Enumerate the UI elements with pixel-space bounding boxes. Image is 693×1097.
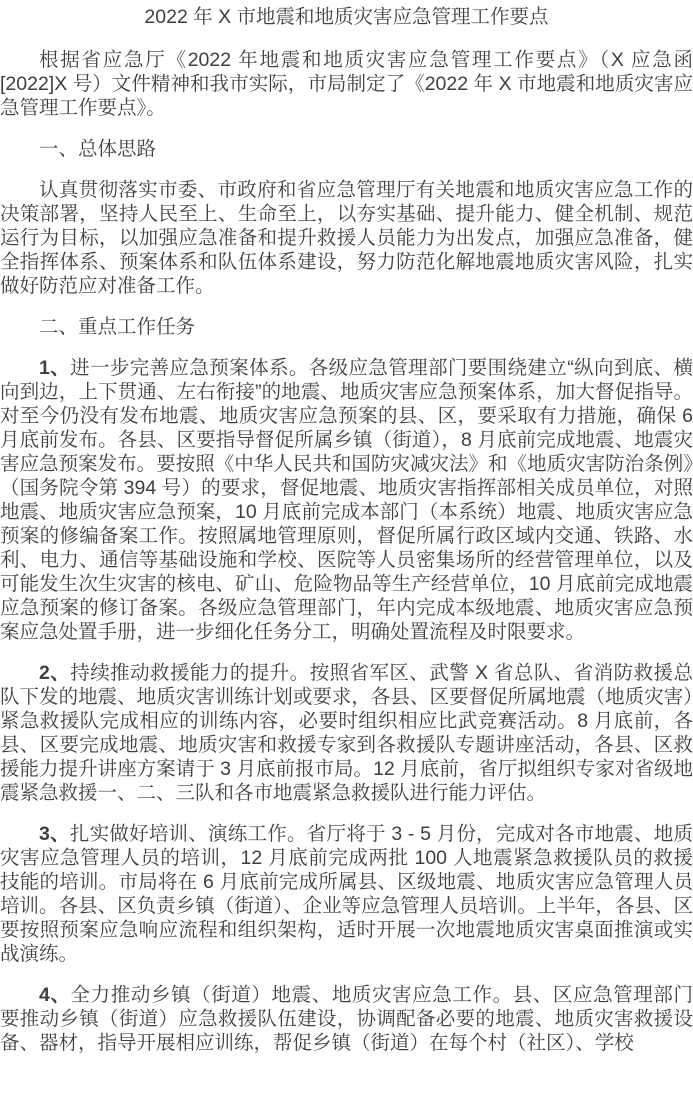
- task-item-4-number: 4、: [39, 984, 71, 1006]
- task-item-2: 2、持续推动救援能力的提升。按照省军区、武警 X 省总队、省消防救援总队下发的地…: [0, 661, 693, 805]
- task-item-3-number: 3、: [39, 823, 70, 845]
- task-item-4: 4、全力推动乡镇（街道）地震、地质灾害应急工作。县、区应急管理部门要推动乡镇（街…: [0, 983, 693, 1055]
- document-title: 2022 年 X 市地震和地质灾害应急管理工作要点: [0, 5, 693, 29]
- section-heading-overall-approach: 一、总体思路: [0, 137, 693, 161]
- task-item-2-number: 2、: [39, 662, 70, 684]
- overall-approach-paragraph: 认真贯彻落实市委、市政府和省应急管理厅有关地震和地质灾害应急工作的决策部署，坚持…: [0, 178, 693, 298]
- task-item-4-text: 全力推动乡镇（街道）地震、地质灾害应急工作。县、区应急管理部门要推动乡镇（街道）…: [0, 984, 693, 1054]
- document-page: 2022 年 X 市地震和地质灾害应急管理工作要点 根据省应急厅《2022 年地…: [0, 0, 693, 1097]
- task-item-1-number: 1、: [39, 357, 70, 379]
- task-item-3: 3、扎实做好培训、演练工作。省厅将于 3 - 5 月份，完成对各市地震、地质灾害…: [0, 822, 693, 966]
- task-item-1: 1、进一步完善应急预案体系。各级应急管理部门要围绕建立“纵向到底、横向到边，上下…: [0, 356, 693, 644]
- task-item-2-text: 持续推动救援能力的提升。按照省军区、武警 X 省总队、省消防救援总队下发的地震、…: [0, 662, 693, 804]
- section-heading-key-tasks: 二、重点工作任务: [0, 315, 693, 339]
- task-item-3-text: 扎实做好培训、演练工作。省厅将于 3 - 5 月份，完成对各市地震、地质灾害应急…: [0, 823, 693, 965]
- intro-paragraph: 根据省应急厅《2022 年地震和地质灾害应急管理工作要点》（X 应急函[2022…: [0, 48, 693, 120]
- task-item-1-text: 进一步完善应急预案体系。各级应急管理部门要围绕建立“纵向到底、横向到边，上下贯通…: [0, 357, 693, 643]
